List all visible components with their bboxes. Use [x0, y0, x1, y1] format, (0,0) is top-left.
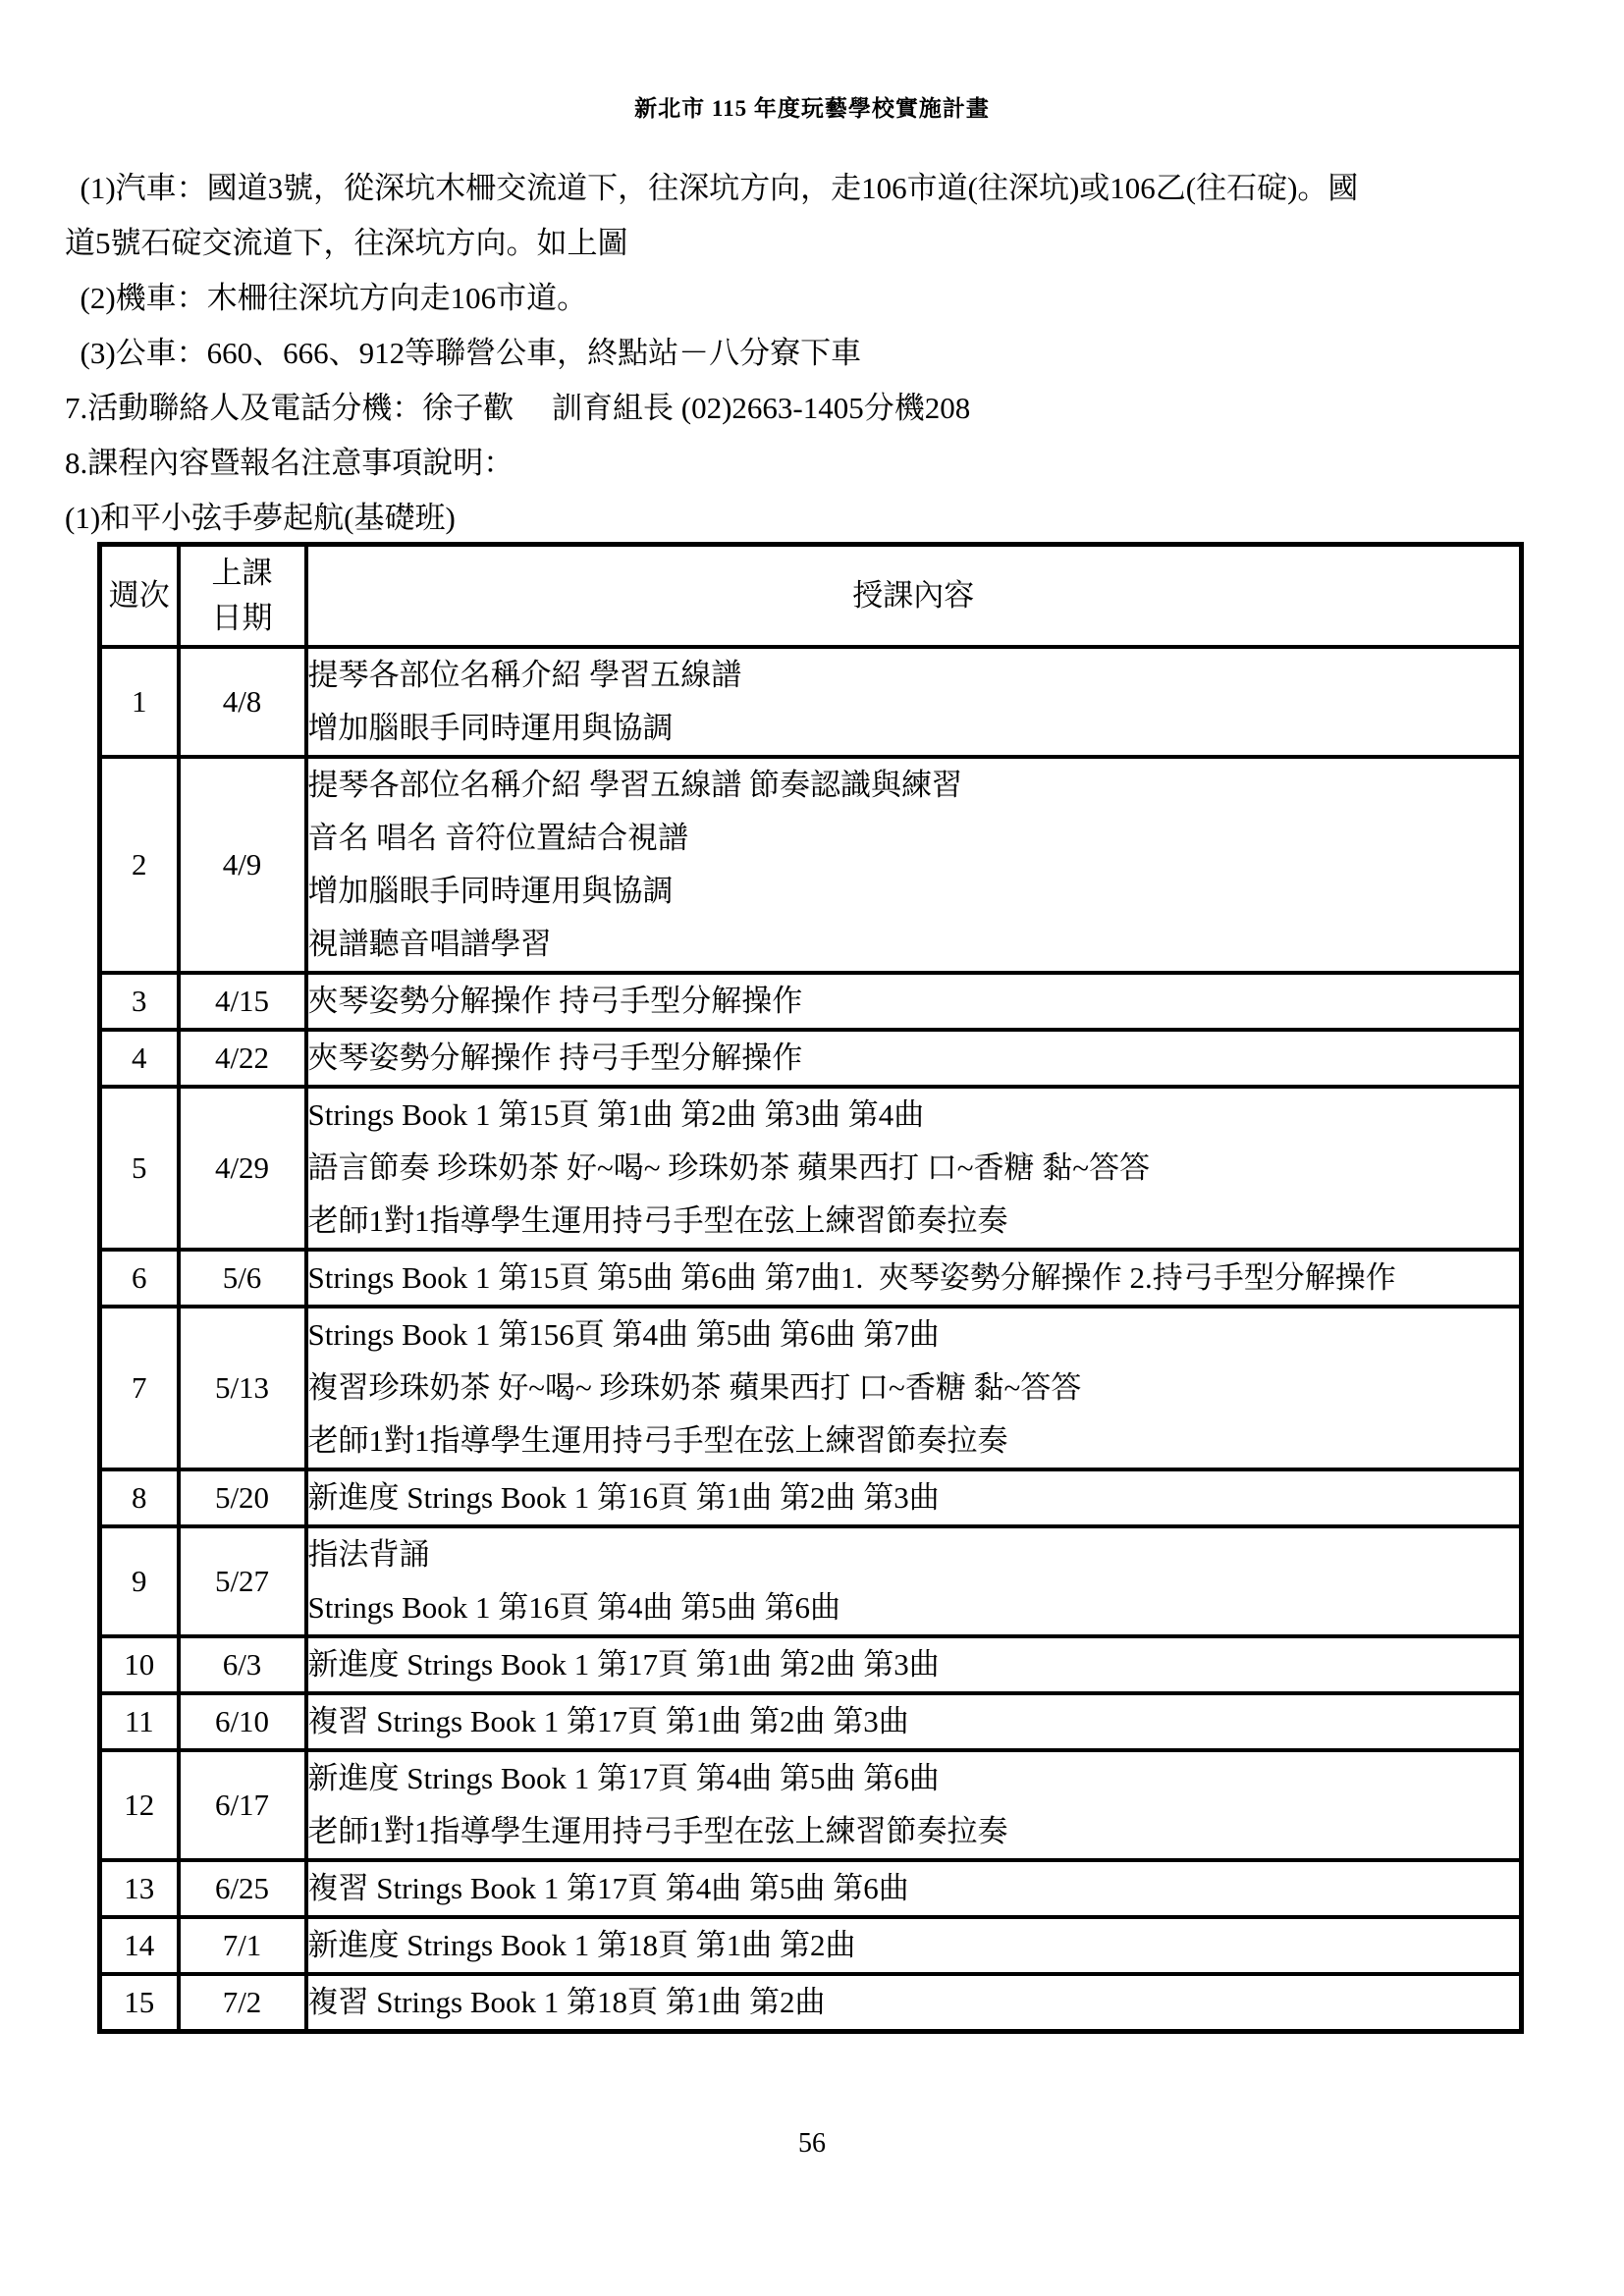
- cell-content: 複習 Strings Book 1 第18頁 第1曲 第2曲: [306, 1974, 1522, 2032]
- content-line: 夾琴姿勢分解操作 持弓手型分解操作: [308, 1032, 1520, 1085]
- table-row: 157/2複習 Strings Book 1 第18頁 第1曲 第2曲: [100, 1974, 1522, 2032]
- cell-week: 14: [100, 1917, 179, 1974]
- header-content: 授課內容: [306, 545, 1522, 648]
- cell-week: 8: [100, 1469, 179, 1526]
- cell-content: 新進度 Strings Book 1 第17頁 第1曲 第2曲 第3曲: [306, 1636, 1522, 1693]
- body-line: 8.課程內容暨報名注意事項說明：: [65, 436, 1563, 491]
- cell-week: 2: [100, 757, 179, 973]
- cell-content: Strings Book 1 第15頁 第1曲 第2曲 第3曲 第4曲語言節奏 …: [306, 1087, 1522, 1250]
- header-date-line2: 日期: [181, 596, 304, 641]
- cell-content: 指法背誦Strings Book 1 第16頁 第4曲 第5曲 第6曲: [306, 1526, 1522, 1636]
- content-line: 增加腦眼手同時運用與協調: [308, 702, 1520, 755]
- content-line: 複習 Strings Book 1 第18頁 第1曲 第2曲: [308, 1976, 1520, 2029]
- table-row: 147/1新進度 Strings Book 1 第18頁 第1曲 第2曲: [100, 1917, 1522, 1974]
- content-line: 語言節奏 珍珠奶茶 好~喝~ 珍珠奶茶 蘋果西打 口~香糖 黏~答答: [308, 1142, 1520, 1195]
- table-row: 54/29Strings Book 1 第15頁 第1曲 第2曲 第3曲 第4曲…: [100, 1087, 1522, 1250]
- content-line: 指法背誦: [308, 1528, 1520, 1581]
- cell-content: 新進度 Strings Book 1 第18頁 第1曲 第2曲: [306, 1917, 1522, 1974]
- content-line: 新進度 Strings Book 1 第17頁 第4曲 第5曲 第6曲: [308, 1752, 1520, 1805]
- table-header-row: 週次 上課 日期 授課內容: [100, 545, 1522, 648]
- cell-week: 13: [100, 1860, 179, 1917]
- cell-week: 3: [100, 973, 179, 1030]
- cell-week: 4: [100, 1030, 179, 1087]
- cell-content: 複習 Strings Book 1 第17頁 第1曲 第2曲 第3曲: [306, 1693, 1522, 1750]
- cell-content: 提琴各部位名稱介紹 學習五線譜 節奏認識與練習音名 唱名 音符位置結合視譜增加腦…: [306, 757, 1522, 973]
- content-line: 提琴各部位名稱介紹 學習五線譜: [308, 649, 1520, 702]
- content-line: 老師1對1指導學生運用持弓手型在弦上練習節奏拉奏: [308, 1195, 1520, 1248]
- content-line: 音名 唱名 音符位置結合視譜: [308, 812, 1520, 865]
- content-line: Strings Book 1 第16頁 第4曲 第5曲 第6曲: [308, 1581, 1520, 1634]
- cell-date: 6/10: [179, 1693, 306, 1750]
- content-line: 夾琴姿勢分解操作 持弓手型分解操作: [308, 975, 1520, 1028]
- table-row: 44/22夾琴姿勢分解操作 持弓手型分解操作: [100, 1030, 1522, 1087]
- body-line: 7.活動聯絡人及電話分機：徐子歡 訓育組長 (02)2663-1405分機208: [65, 381, 1563, 436]
- cell-date: 4/9: [179, 757, 306, 973]
- content-line: Strings Book 1 第15頁 第1曲 第2曲 第3曲 第4曲: [308, 1089, 1520, 1142]
- cell-date: 4/29: [179, 1087, 306, 1250]
- body-line: 道5號石碇交流道下，往深坑方向。如上圖: [65, 216, 1563, 271]
- cell-date: 5/27: [179, 1526, 306, 1636]
- table-row: 85/20新進度 Strings Book 1 第16頁 第1曲 第2曲 第3曲: [100, 1469, 1522, 1526]
- document-page: 新北市 115 年度玩藝學校實施計畫 (1)汽車：國道3號，從深坑木柵交流道下，…: [0, 0, 1624, 2296]
- cell-date: 6/25: [179, 1860, 306, 1917]
- content-line: 老師1對1指導學生運用持弓手型在弦上練習節奏拉奏: [308, 1415, 1520, 1468]
- cell-week: 15: [100, 1974, 179, 2032]
- cell-date: 7/2: [179, 1974, 306, 2032]
- table-row: 75/13Strings Book 1 第156頁 第4曲 第5曲 第6曲 第7…: [100, 1307, 1522, 1469]
- table-row: 95/27指法背誦Strings Book 1 第16頁 第4曲 第5曲 第6曲: [100, 1526, 1522, 1636]
- table-body: 14/8提琴各部位名稱介紹 學習五線譜增加腦眼手同時運用與協調24/9提琴各部位…: [100, 647, 1522, 2032]
- content-line: 視譜聽音唱譜學習: [308, 918, 1520, 971]
- content-line: 增加腦眼手同時運用與協調: [308, 865, 1520, 918]
- table-row: 136/25複習 Strings Book 1 第17頁 第4曲 第5曲 第6曲: [100, 1860, 1522, 1917]
- cell-week: 11: [100, 1693, 179, 1750]
- cell-content: Strings Book 1 第156頁 第4曲 第5曲 第6曲 第7曲複習珍珠…: [306, 1307, 1522, 1469]
- content-line: Strings Book 1 第156頁 第4曲 第5曲 第6曲 第7曲: [308, 1308, 1520, 1362]
- content-line: Strings Book 1 第15頁 第5曲 第6曲 第7曲1. 夾琴姿勢分解…: [308, 1252, 1520, 1305]
- cell-week: 10: [100, 1636, 179, 1693]
- body-line: (1)汽車：國道3號，從深坑木柵交流道下，往深坑方向，走106市道(往深坑)或1…: [65, 161, 1563, 216]
- cell-week: 12: [100, 1750, 179, 1860]
- table-row: 34/15夾琴姿勢分解操作 持弓手型分解操作: [100, 973, 1522, 1030]
- cell-content: 新進度 Strings Book 1 第16頁 第1曲 第2曲 第3曲: [306, 1469, 1522, 1526]
- cell-date: 5/13: [179, 1307, 306, 1469]
- cell-date: 4/8: [179, 647, 306, 757]
- content-line: 提琴各部位名稱介紹 學習五線譜 節奏認識與練習: [308, 759, 1520, 812]
- cell-date: 7/1: [179, 1917, 306, 1974]
- header-week: 週次: [100, 545, 179, 648]
- cell-date: 5/20: [179, 1469, 306, 1526]
- table-row: 65/6Strings Book 1 第15頁 第5曲 第6曲 第7曲1. 夾琴…: [100, 1250, 1522, 1307]
- cell-date: 6/3: [179, 1636, 306, 1693]
- cell-week: 1: [100, 647, 179, 757]
- content-line: 複習 Strings Book 1 第17頁 第1曲 第2曲 第3曲: [308, 1695, 1520, 1748]
- cell-content: Strings Book 1 第15頁 第5曲 第6曲 第7曲1. 夾琴姿勢分解…: [306, 1250, 1522, 1307]
- table-row: 14/8提琴各部位名稱介紹 學習五線譜增加腦眼手同時運用與協調: [100, 647, 1522, 757]
- cell-content: 提琴各部位名稱介紹 學習五線譜增加腦眼手同時運用與協調: [306, 647, 1522, 757]
- cell-week: 6: [100, 1250, 179, 1307]
- content-line: 老師1對1指導學生運用持弓手型在弦上練習節奏拉奏: [308, 1805, 1520, 1858]
- body-line: (1)和平小弦手夢起航(基礎班): [65, 491, 1563, 546]
- body-line: (2)機車：木柵往深坑方向走106市道。: [65, 271, 1563, 326]
- header-date: 上課 日期: [179, 545, 306, 648]
- table-row: 126/17新進度 Strings Book 1 第17頁 第4曲 第5曲 第6…: [100, 1750, 1522, 1860]
- header-date-line1: 上課: [181, 551, 304, 596]
- cell-week: 5: [100, 1087, 179, 1250]
- page-number: 56: [0, 2128, 1624, 2160]
- cell-content: 複習 Strings Book 1 第17頁 第4曲 第5曲 第6曲: [306, 1860, 1522, 1917]
- content-line: 複習珍珠奶茶 好~喝~ 珍珠奶茶 蘋果西打 口~香糖 黏~答答: [308, 1362, 1520, 1415]
- cell-content: 夾琴姿勢分解操作 持弓手型分解操作: [306, 1030, 1522, 1087]
- content-line: 新進度 Strings Book 1 第18頁 第1曲 第2曲: [308, 1919, 1520, 1972]
- content-line: 複習 Strings Book 1 第17頁 第4曲 第5曲 第6曲: [308, 1862, 1520, 1915]
- cell-content: 夾琴姿勢分解操作 持弓手型分解操作: [306, 973, 1522, 1030]
- table-row: 116/10複習 Strings Book 1 第17頁 第1曲 第2曲 第3曲: [100, 1693, 1522, 1750]
- body-line: (3)公車：660、666、912等聯營公車，終點站－八分寮下車: [65, 326, 1563, 381]
- cell-date: 5/6: [179, 1250, 306, 1307]
- cell-week: 7: [100, 1307, 179, 1469]
- cell-date: 4/22: [179, 1030, 306, 1087]
- table-row: 106/3新進度 Strings Book 1 第17頁 第1曲 第2曲 第3曲: [100, 1636, 1522, 1693]
- body-text: (1)汽車：國道3號，從深坑木柵交流道下，往深坑方向，走106市道(往深坑)或1…: [65, 161, 1563, 546]
- cell-content: 新進度 Strings Book 1 第17頁 第4曲 第5曲 第6曲老師1對1…: [306, 1750, 1522, 1860]
- cell-date: 6/17: [179, 1750, 306, 1860]
- content-line: 新進度 Strings Book 1 第17頁 第1曲 第2曲 第3曲: [308, 1638, 1520, 1691]
- cell-date: 4/15: [179, 973, 306, 1030]
- cell-week: 9: [100, 1526, 179, 1636]
- course-schedule-table: 週次 上課 日期 授課內容 14/8提琴各部位名稱介紹 學習五線譜增加腦眼手同時…: [97, 542, 1524, 2034]
- document-title: 新北市 115 年度玩藝學校實施計畫: [0, 90, 1624, 123]
- table-row: 24/9提琴各部位名稱介紹 學習五線譜 節奏認識與練習音名 唱名 音符位置結合視…: [100, 757, 1522, 973]
- content-line: 新進度 Strings Book 1 第16頁 第1曲 第2曲 第3曲: [308, 1471, 1520, 1524]
